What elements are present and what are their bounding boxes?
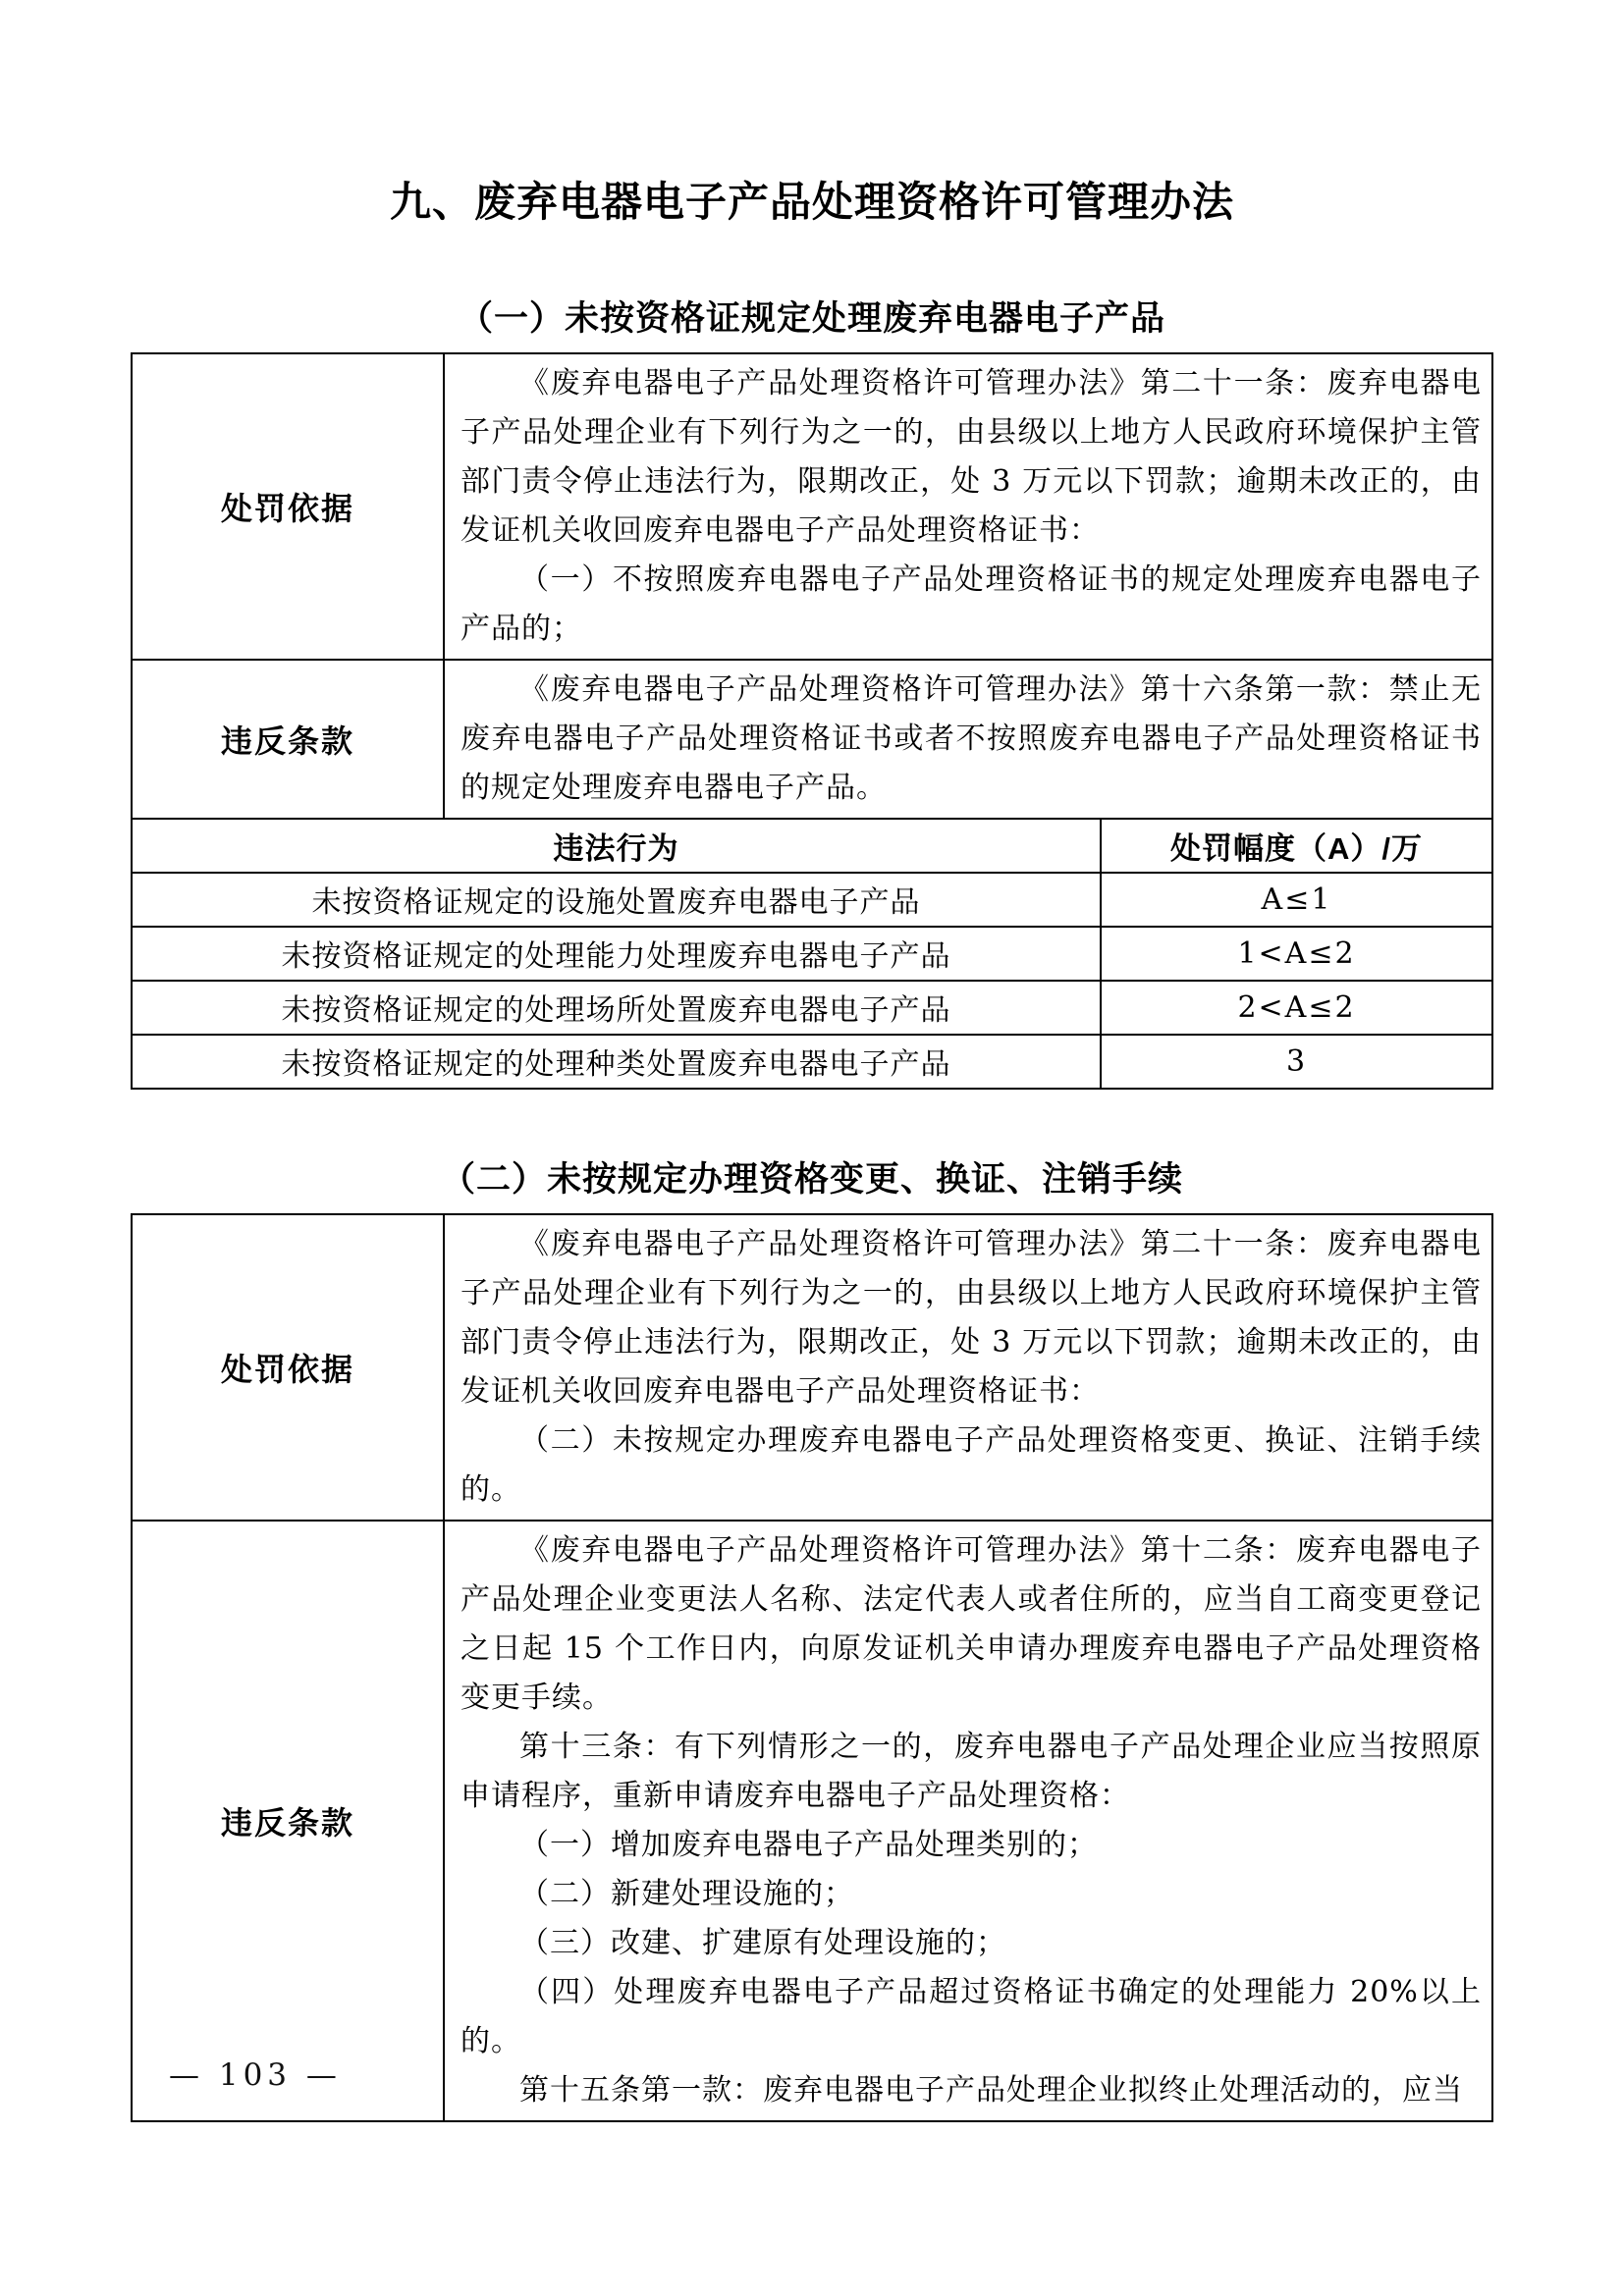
table-row: 违反条款 《废弃电器电子产品处理资格许可管理办法》第十二条：废弃电器电子产品处理… — [132, 1521, 1492, 2121]
paragraph: 《废弃电器电子产品处理资格许可管理办法》第十二条：废弃电器电子产品处理企业变更法… — [460, 1526, 1482, 1723]
paragraph: （二）新建处理设施的； — [460, 1870, 1482, 1919]
paragraph: （一）不按照废弃电器电子产品处理资格证书的规定处理废弃电器电子产品的； — [460, 556, 1482, 654]
violation-cell: 未按资格证规定的处理种类处置废弃电器电子产品 — [132, 1035, 1101, 1089]
table-row: 未按资格证规定的处理场所处置废弃电器电子产品2<A≤2 — [132, 981, 1492, 1035]
table-row: 处罚依据 《废弃电器电子产品处理资格许可管理办法》第二十一条：废弃电器电子产品处… — [132, 353, 1492, 660]
violated-clause-content: 《废弃电器电子产品处理资格许可管理办法》第十六条第一款：禁止无废弃电器电子产品处… — [444, 660, 1492, 819]
section1-penalty-table: 违法行为 处罚幅度（A）/万 未按资格证规定的设施处置废弃电器电子产品A≤1未按… — [131, 818, 1493, 1090]
table-row: 处罚依据 《废弃电器电子产品处理资格许可管理办法》第二十一条：废弃电器电子产品处… — [132, 1214, 1492, 1521]
paragraph: 《废弃电器电子产品处理资格许可管理办法》第二十一条：废弃电器电子产品处理企业有下… — [460, 1220, 1482, 1416]
section2-info-table: 处罚依据 《废弃电器电子产品处理资格许可管理办法》第二十一条：废弃电器电子产品处… — [131, 1213, 1493, 2122]
paragraph: 《废弃电器电子产品处理资格许可管理办法》第二十一条：废弃电器电子产品处理企业有下… — [460, 359, 1482, 556]
violated-clause-label: 违反条款 — [132, 1521, 444, 2121]
penalty-basis-label: 处罚依据 — [132, 1214, 444, 1521]
penalty-table-body: 未按资格证规定的设施处置废弃电器电子产品A≤1未按资格证规定的处理能力处理废弃电… — [132, 873, 1492, 1089]
section1-heading: （一）未按资格证规定处理废弃电器电子产品 — [131, 292, 1493, 341]
violation-cell: 未按资格证规定的处理能力处理废弃电器电子产品 — [132, 927, 1101, 981]
table-row: 未按资格证规定的处理能力处理废弃电器电子产品1<A≤2 — [132, 927, 1492, 981]
paragraph: （一）增加废弃电器电子产品处理类别的； — [460, 1821, 1482, 1870]
section-2: （二）未按规定办理资格变更、换证、注销手续 处罚依据 《废弃电器电子产品处理资格… — [131, 1152, 1493, 2122]
table-header-row: 违法行为 处罚幅度（A）/万 — [132, 819, 1492, 873]
table-row: 违反条款 《废弃电器电子产品处理资格许可管理办法》第十六条第一款：禁止无废弃电器… — [132, 660, 1492, 819]
penalty-basis-label: 处罚依据 — [132, 353, 444, 660]
paragraph: （三）改建、扩建原有处理设施的； — [460, 1919, 1482, 1968]
paragraph: （四）处理废弃电器电子产品超过资格证书确定的处理能力 20%以上的。 — [460, 1968, 1482, 2066]
column-header-penalty-range: 处罚幅度（A）/万 — [1101, 819, 1492, 873]
violated-clause-label: 违反条款 — [132, 660, 444, 819]
violation-cell: 未按资格证规定的处理场所处置废弃电器电子产品 — [132, 981, 1101, 1035]
column-header-violation: 违法行为 — [132, 819, 1101, 873]
paragraph: 第十三条：有下列情形之一的，废弃电器电子产品处理企业应当按照原申请程序，重新申请… — [460, 1723, 1482, 1821]
table-row: 未按资格证规定的处理种类处置废弃电器电子产品3 — [132, 1035, 1492, 1089]
penalty-range-cell: A≤1 — [1101, 873, 1492, 927]
section1-info-table: 处罚依据 《废弃电器电子产品处理资格许可管理办法》第二十一条：废弃电器电子产品处… — [131, 352, 1493, 820]
violated-clause-content: 《废弃电器电子产品处理资格许可管理办法》第十二条：废弃电器电子产品处理企业变更法… — [444, 1521, 1492, 2121]
page-title: 九、废弃电器电子产品处理资格许可管理办法 — [0, 0, 1624, 229]
paragraph: 第十五条第一款：废弃电器电子产品处理企业拟终止处理活动的，应当 — [460, 2066, 1482, 2115]
table-row: 未按资格证规定的设施处置废弃电器电子产品A≤1 — [132, 873, 1492, 927]
penalty-range-cell: 1<A≤2 — [1101, 927, 1492, 981]
paragraph: 《废弃电器电子产品处理资格许可管理办法》第十六条第一款：禁止无废弃电器电子产品处… — [460, 666, 1482, 813]
violation-cell: 未按资格证规定的设施处置废弃电器电子产品 — [132, 873, 1101, 927]
paragraph: （二）未按规定办理废弃电器电子产品处理资格变更、换证、注销手续的。 — [460, 1416, 1482, 1515]
document-page: 九、废弃电器电子产品处理资格许可管理办法 （一）未按资格证规定处理废弃电器电子产… — [0, 0, 1624, 2296]
page-number: — 103 — — [169, 2057, 342, 2093]
penalty-range-cell: 3 — [1101, 1035, 1492, 1089]
penalty-basis-content: 《废弃电器电子产品处理资格许可管理办法》第二十一条：废弃电器电子产品处理企业有下… — [444, 353, 1492, 660]
section-1: （一）未按资格证规定处理废弃电器电子产品 处罚依据 《废弃电器电子产品处理资格许… — [131, 292, 1493, 1090]
penalty-range-cell: 2<A≤2 — [1101, 981, 1492, 1035]
penalty-basis-content: 《废弃电器电子产品处理资格许可管理办法》第二十一条：废弃电器电子产品处理企业有下… — [444, 1214, 1492, 1521]
section2-heading: （二）未按规定办理资格变更、换证、注销手续 — [131, 1152, 1493, 1201]
